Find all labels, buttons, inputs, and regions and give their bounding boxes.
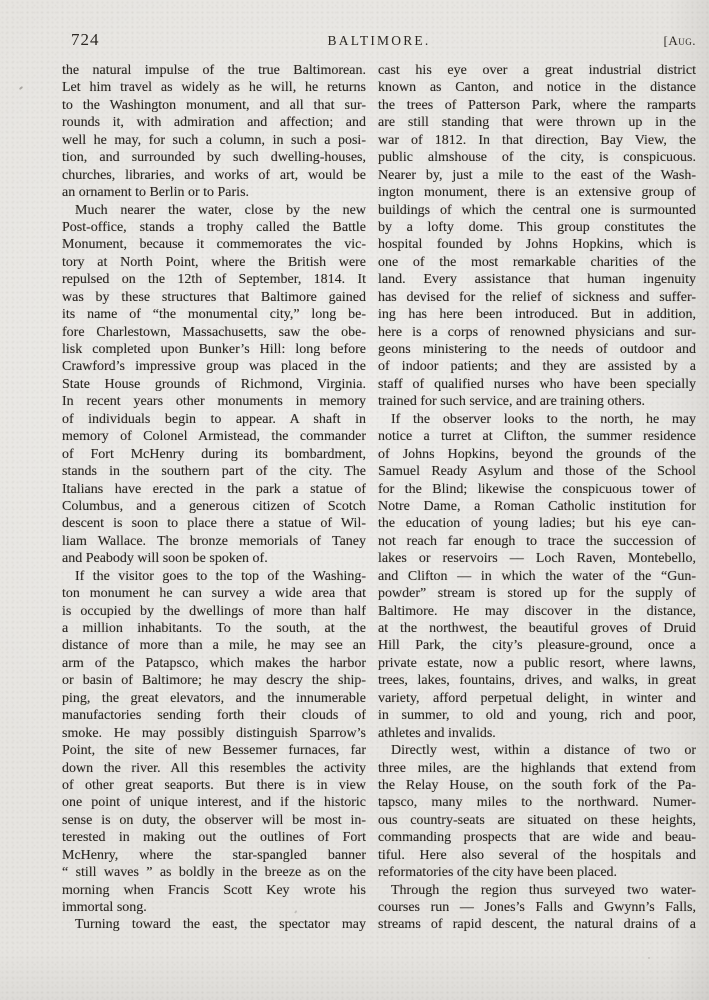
text-line: Notre Dame, a Roman Catholic institution… [378, 498, 696, 515]
text-line: of indoor patients; and they are assiste… [378, 358, 696, 375]
text-line: ing has here been introduced. But in add… [378, 306, 696, 323]
text-line: memory of Colonel Armistead, the command… [62, 428, 366, 445]
text-line: ous country-seats are situated on these … [378, 812, 696, 829]
text-line: churches, libraries, and works of art, w… [62, 167, 366, 184]
paragraph: If the visitor goes to the top of the Wa… [62, 568, 366, 917]
text-line: reformatories of the city have been plac… [378, 864, 696, 881]
page-header: 724 BALTIMORE. [Aug. [62, 30, 696, 52]
text-line: manufactories sending forth their clouds… [62, 707, 366, 724]
text-line: ping, the great elevators, and the innum… [62, 690, 366, 707]
text-line: If the observer looks to the north, he m… [378, 411, 696, 428]
text-line: has devised for the relief of sickness a… [378, 289, 696, 306]
text-line: cast his eye over a great industrial dis… [378, 62, 696, 79]
paragraph: Through the region thus surveyed two wat… [378, 882, 696, 934]
text-line: or basin of Baltimore; he may descry the… [62, 672, 366, 689]
text-line: sense is on duty, the observer will be m… [62, 812, 366, 829]
text-line: a million inhabitants. To the south, at … [62, 620, 366, 637]
text-line: the Relay House, on the south fork of th… [378, 777, 696, 794]
text-line: Columbus, and a generous citizen of Scot… [62, 498, 366, 515]
text-line: well he may, for such a column, in such … [62, 132, 366, 149]
text-line: was by these structures that Baltimore g… [62, 289, 366, 306]
text-line: are still standing that were thrown up i… [378, 114, 696, 131]
paragraph: Turning toward the east, the spectator m… [62, 916, 366, 933]
page-body: 724 BALTIMORE. [Aug. the natural impulse… [0, 0, 709, 934]
text-line: geons ministering to the needs of outdoo… [378, 341, 696, 358]
scan-artifact [648, 957, 650, 959]
text-line: of Fort McHenry during its bombardment, [62, 446, 366, 463]
text-line: “ still waves ” as boldly in the breeze … [62, 864, 366, 881]
text-line: here is a corps of renowned physicians a… [378, 324, 696, 341]
text-line: arm of the Patapsco, which makes the har… [62, 655, 366, 672]
text-line: tory at North Point, where the British w… [62, 254, 366, 271]
paragraph: If the observer looks to the north, he m… [378, 411, 696, 742]
text-line: rounds it, with admiration and affection… [62, 114, 366, 131]
text-line: of Johns Hopkins, beyond the grounds of … [378, 446, 696, 463]
scanned-page: 724 BALTIMORE. [Aug. the natural impulse… [0, 0, 709, 1000]
text-line: descent is soon to place there a statue … [62, 515, 366, 532]
text-line: Crawford’s impressive group was placed i… [62, 358, 366, 375]
text-line: trees, lakes, fountains, drives, and wal… [378, 672, 696, 689]
text-line: morning when Francis Scott Key wrote his [62, 882, 366, 899]
left-column: the natural impulse of the true Baltimor… [62, 62, 366, 934]
text-line: public almshouse of the city, is conspic… [378, 149, 696, 166]
paragraph: cast his eye over a great industrial dis… [378, 62, 696, 411]
text-line: trained for such service, and are traini… [378, 393, 696, 410]
paragraph: Directly west, within a distance of two … [378, 742, 696, 882]
text-line: Much nearer the water, close by the new [62, 202, 366, 219]
text-line: Nearer by, just a mile to the east of th… [378, 167, 696, 184]
running-title: BALTIMORE. [328, 33, 431, 49]
text-line: ington monument, there is an extensive g… [378, 184, 696, 201]
text-line: terested in making out the outlines of F… [62, 829, 366, 846]
text-line: courses run — Jones’s Falls and Gwynn’s … [378, 899, 696, 916]
text-line: to the Washington monument, and all that… [62, 97, 366, 114]
text-line: streams of rapid descent, the natural dr… [378, 916, 696, 933]
text-line: Hill Park, the city’s pleasure-ground, o… [378, 637, 696, 654]
text-line: Turning toward the east, the spectator m… [62, 916, 366, 933]
text-line: Through the region thus surveyed two wat… [378, 882, 696, 899]
text-line: notice a turret at Clifton, the summer r… [378, 428, 696, 445]
text-line: In recent years other monuments in memor… [62, 393, 366, 410]
issue-label: [Aug. [430, 33, 696, 49]
text-line: McHenry, where the star-spangled banner [62, 847, 366, 864]
text-line: Let him travel as widely as he will, he … [62, 79, 366, 96]
text-line: Directly west, within a distance of two … [378, 742, 696, 759]
text-line: Point, the site of new Bessemer furnaces… [62, 742, 366, 759]
text-line: athletes and invalids. [378, 725, 696, 742]
text-line: tapsco, many miles to the northward. Num… [378, 794, 696, 811]
text-line: in summer, to old and young, rich and po… [378, 707, 696, 724]
text-line: not reach far enough to trace the succes… [378, 533, 696, 550]
text-line: tion, and surrounded by such dwelling-ho… [62, 149, 366, 166]
text-line: Italians have erected in the park a stat… [62, 481, 366, 498]
text-line: Post-office, stands a trophy called the … [62, 219, 366, 236]
text-line: Baltimore. He may discover in the distan… [378, 603, 696, 620]
text-line: and Clifton — in which the water of the … [378, 568, 696, 585]
text-line: smoke. He may possibly distinguish Sparr… [62, 725, 366, 742]
text-line: buildings of which the central one is su… [378, 202, 696, 219]
text-line: staff of qualified nurses who have been … [378, 376, 696, 393]
text-line: powder” stream is stored up for the supp… [378, 585, 696, 602]
text-line: stands in the southern part of the city.… [62, 463, 366, 480]
text-line: private estate, now a public resort, whe… [378, 655, 696, 672]
text-line: liam Wallace. The bronze memorials of Ta… [62, 533, 366, 550]
text-line: lisk completed upon Bunker’s Hill: long … [62, 341, 366, 358]
text-line: one of the most remarkable charities of … [378, 254, 696, 271]
text-line: the trees of Patterson Park, where the r… [378, 97, 696, 114]
text-line: and Peabody will soon be spoken of. [62, 550, 366, 567]
text-line: of individuals begin to appear. A shaft … [62, 411, 366, 428]
text-line: of other great seaports. But there is in… [62, 777, 366, 794]
text-line: tiful. Here also several of the hospital… [378, 847, 696, 864]
text-line: Monument, because it commemorates the vi… [62, 236, 366, 253]
text-line: the education of young ladies; but his e… [378, 515, 696, 532]
text-line: known as Canton, and notice in the dista… [378, 79, 696, 96]
text-line: immortal song. [62, 899, 366, 916]
right-column: cast his eye over a great industrial dis… [378, 62, 696, 934]
text-line: variety, afford perpetual delight, in wi… [378, 690, 696, 707]
text-line: Samuel Ready Asylum and those of the Sch… [378, 463, 696, 480]
text-columns: the natural impulse of the true Baltimor… [62, 62, 696, 934]
paragraph: the natural impulse of the true Baltimor… [62, 62, 366, 202]
text-line: ton monument he can survey a wide area t… [62, 585, 366, 602]
paragraph: Much nearer the water, close by the newP… [62, 202, 366, 568]
text-line: an ornament to Berlin or to Paris. [62, 184, 366, 201]
text-line: for the Blind; likewise the conspicuous … [378, 481, 696, 498]
text-line: hospital founded by Johns Hopkins, which… [378, 236, 696, 253]
text-line: repulsed on the 12th of September, 1814.… [62, 271, 366, 288]
text-line: down the river. All this resembles the a… [62, 760, 366, 777]
text-line: one point of unique interest, and if the… [62, 794, 366, 811]
text-line: lakes or reservoirs — Loch Raven, Monteb… [378, 550, 696, 567]
text-line: war of 1812. In that direction, Bay View… [378, 132, 696, 149]
text-line: fore Charlestown, Massachusetts, saw the… [62, 324, 366, 341]
text-line: the natural impulse of the true Baltimor… [62, 62, 366, 79]
text-line: If the visitor goes to the top of the Wa… [62, 568, 366, 585]
text-line: at the northwest, the beautiful groves o… [378, 620, 696, 637]
text-line: its name of “the monumental city,” long … [62, 306, 366, 323]
text-line: by a lofty dome. This group constitutes … [378, 219, 696, 236]
text-line: distance of more than a mile, he may see… [62, 637, 366, 654]
text-line: is occupied by the dwellings of more tha… [62, 603, 366, 620]
text-line: State House grounds of Richmond, Virgini… [62, 376, 366, 393]
page-number: 724 [62, 30, 328, 50]
text-line: three miles, are the highlands that exte… [378, 760, 696, 777]
text-line: commanding prospects that are wide and b… [378, 829, 696, 846]
text-line: land. Every assistance that human ingenu… [378, 271, 696, 288]
